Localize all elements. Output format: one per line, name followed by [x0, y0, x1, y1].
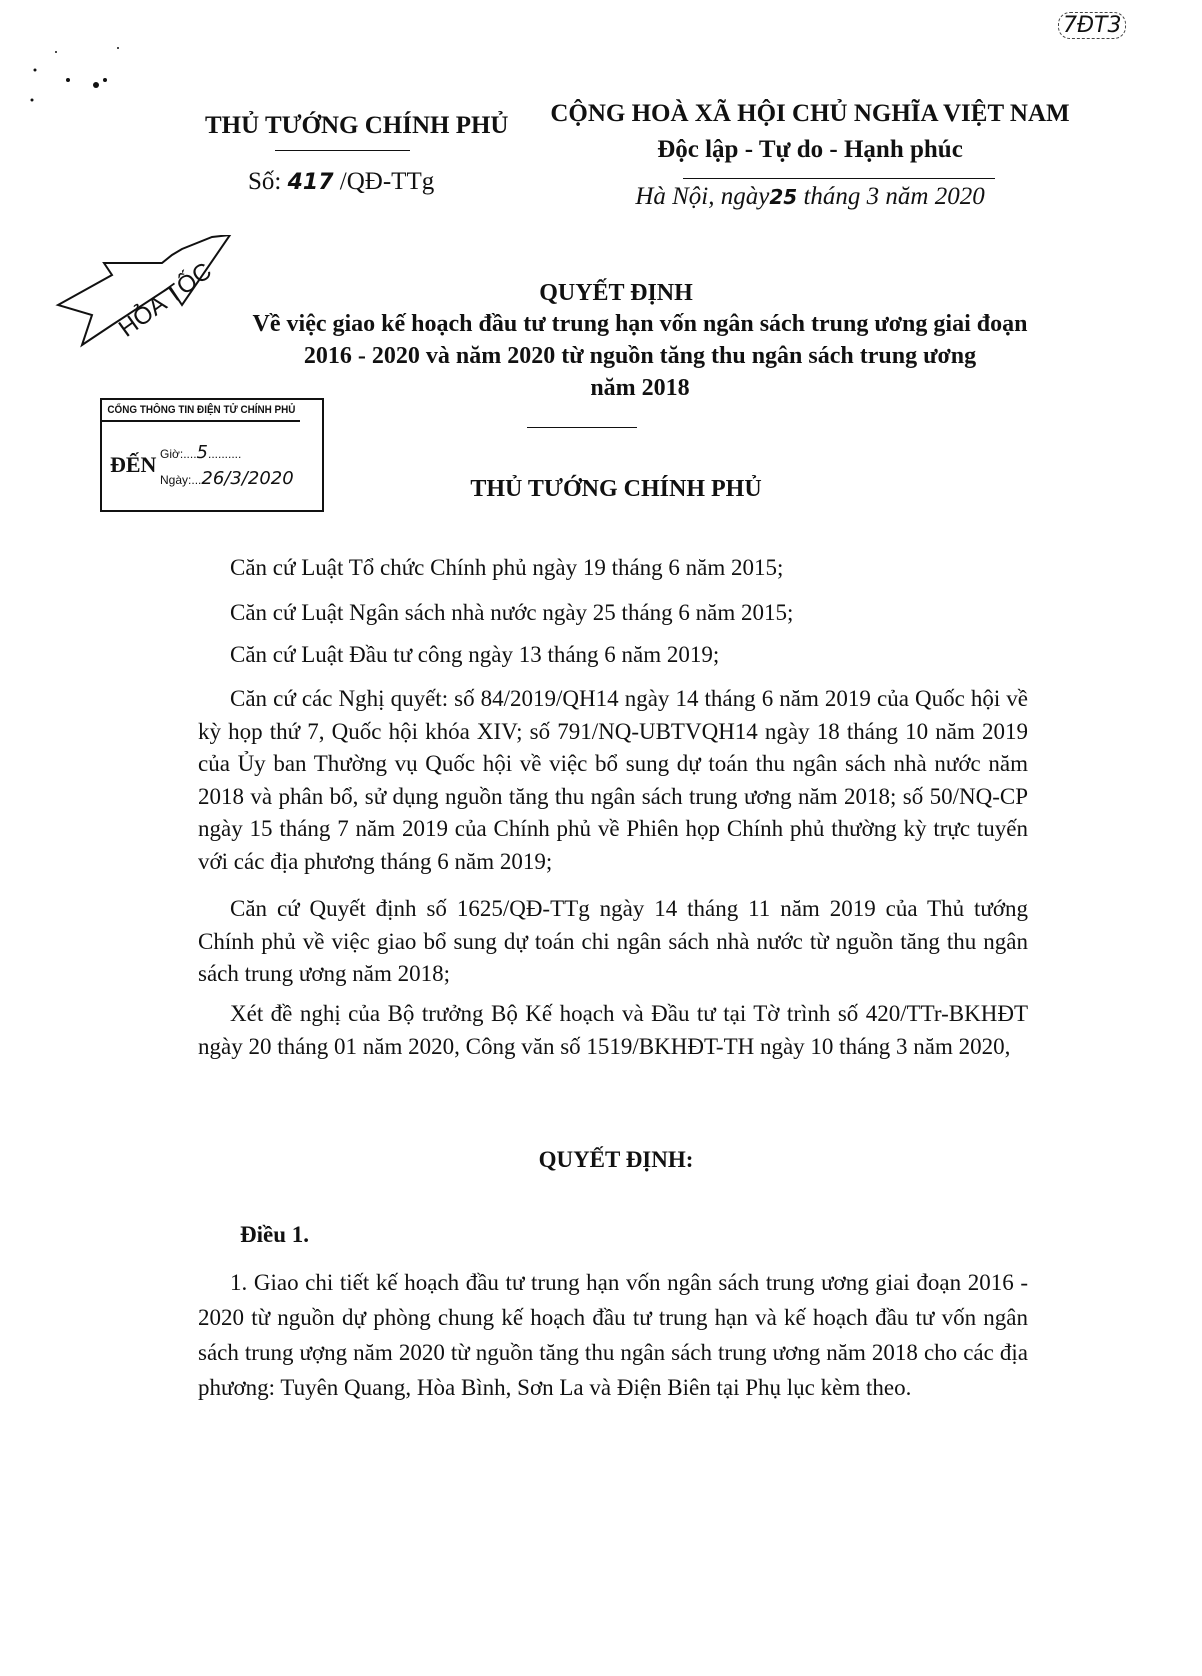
document-type-title: QUYẾT ĐỊNH: [0, 280, 1202, 307]
subject-line-2: 2016 - 2020 và năm 2020 từ nguồn tăng th…: [200, 340, 1080, 372]
receipt-arrived-label: ĐẾN: [110, 452, 156, 478]
date-day-handwritten: 25: [769, 185, 797, 209]
preamble-item: Xét đề nghị của Bộ trưởng Bộ Kế hoạch và…: [198, 998, 1028, 1063]
receipt-hour: Giờ:....5..........: [160, 442, 241, 463]
agency-underline: [275, 150, 410, 151]
decision-heading: QUYẾT ĐỊNH:: [0, 1147, 1202, 1173]
article-title: Điều 1.: [240, 1222, 309, 1248]
doc-number-suffix: /QĐ-TTg: [340, 168, 434, 195]
subject-line-1: Về việc giao kế hoạch đầu tư trung hạn v…: [200, 308, 1080, 340]
preamble-item: Căn cứ Luật Ngân sách nhà nước ngày 25 t…: [230, 600, 793, 626]
doc-number-prefix: Số:: [248, 168, 281, 195]
handwritten-corner-mark: 7ĐT3: [1058, 12, 1126, 39]
preamble-item: Căn cứ Luật Đầu tư công ngày 13 tháng 6 …: [230, 642, 719, 668]
article-clause: 1. Giao chi tiết kế hoạch đầu tư trung h…: [198, 1265, 1028, 1405]
republic-name: CỘNG HOÀ XÃ HỘI CHỦ NGHĨA VIỆT NAM: [530, 100, 1090, 128]
doc-number-handwritten: 417: [288, 170, 334, 195]
document-number: Số: 417 /QĐ-TTg: [248, 168, 434, 196]
motto-underline: [683, 178, 995, 179]
date-prefix: Hà Nội, ngày: [635, 183, 769, 210]
receipt-hour-label: Giờ:: [160, 447, 183, 461]
title-underline: [527, 427, 637, 428]
date-suffix: tháng 3 năm 2020: [803, 183, 984, 210]
subject-line-3: năm 2018: [200, 372, 1080, 404]
preamble-item: Căn cứ các Nghị quyết: số 84/2019/QH14 n…: [198, 683, 1028, 878]
scan-specks: [20, 30, 130, 110]
receipt-stamp-title: CỔNG THÔNG TIN ĐIỆN TỬ CHÍNH PHỦ: [102, 400, 300, 422]
issuing-agency: THỦ TƯỚNG CHÍNH PHỦ: [205, 112, 509, 140]
receipt-hour-value: 5: [197, 442, 208, 463]
national-motto: Độc lập - Tự do - Hạnh phúc: [530, 136, 1090, 164]
preamble-item: Căn cứ Luật Tổ chức Chính phủ ngày 19 th…: [230, 555, 783, 581]
document-subject: Về việc giao kế hoạch đầu tư trung hạn v…: [200, 308, 1080, 404]
issuing-authority: THỦ TƯỚNG CHÍNH PHỦ: [0, 476, 1202, 503]
preamble-item: Căn cứ Quyết định số 1625/QĐ-TTg ngày 14…: [198, 893, 1028, 991]
place-and-date: Hà Nội, ngày25 tháng 3 năm 2020: [530, 183, 1090, 211]
